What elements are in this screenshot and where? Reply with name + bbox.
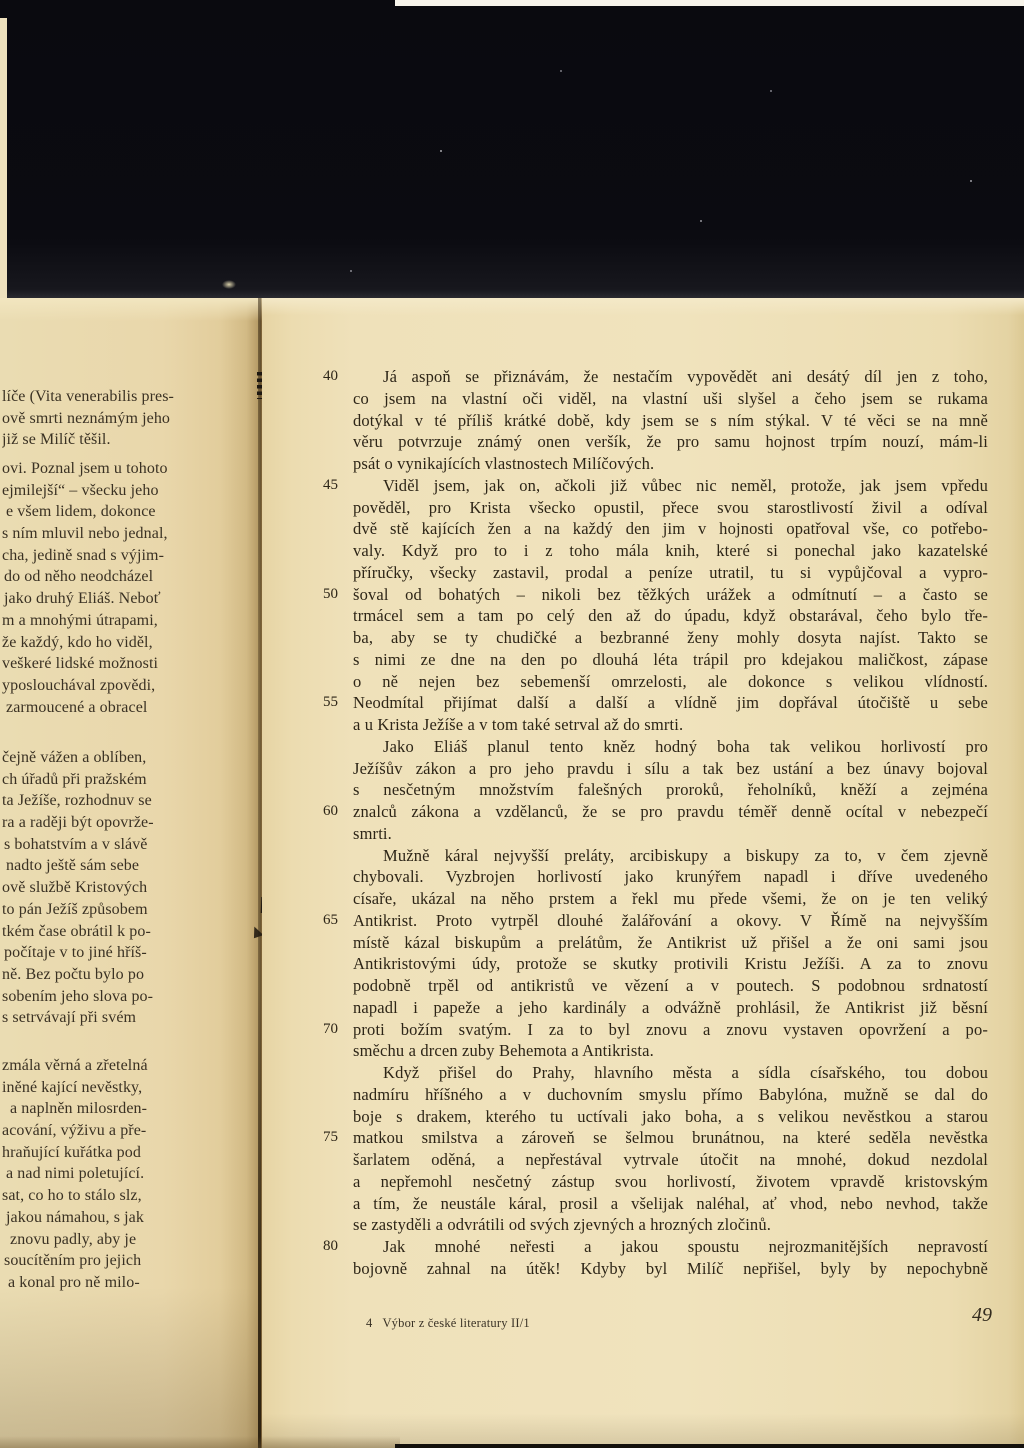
line-text: místě kázal biskupům a prelátům, že Anti… (353, 932, 988, 954)
line-text: psát o vynikajících vlastnostech Milíčov… (353, 453, 988, 475)
text-line: se zastyděli a odvrátili od svých zjevný… (300, 1214, 950, 1236)
text-line: podobně trpěl od antikristů ve vězení a … (300, 975, 950, 997)
line-number: 60 (300, 801, 353, 823)
text-line: sobením jeho slova po- (2, 986, 258, 1008)
text-line: bojovně zahnal na útěk! Kdyby byl Milíč … (300, 1258, 950, 1280)
text-line: veškeré lidské možnosti (2, 653, 258, 675)
text-line: tkém čase obrátil k po- (2, 921, 258, 943)
line-text: chybovali. Vyzbrojen horlivostí jako kru… (353, 866, 988, 888)
text-line: psát o vynikajících vlastnostech Milíčov… (300, 453, 950, 475)
line-text: a nepřemohl nesčetný zástup svou horlivo… (353, 1171, 988, 1193)
text-line: acování, výživu a pře- (2, 1120, 258, 1142)
light-flare (222, 280, 236, 289)
line-number (300, 671, 353, 693)
left-column-paragraph: líče (Vita venerabilis pres-ově smrti ne… (2, 386, 258, 451)
left-column-paragraph: ovi. Poznal jsem u tohotoejmilejší“ – vš… (2, 458, 258, 718)
text-line: sat, co ho to stálo slz, (2, 1185, 258, 1207)
line-number (300, 932, 353, 954)
line-text: ba, aby se ty chudičké a bezbranné ženy … (353, 627, 988, 649)
text-line: ově službě Kristových (2, 877, 258, 899)
line-number: 50 (300, 584, 353, 606)
text-line: Jako Eliáš planul tento kněz hodný boha … (300, 736, 950, 758)
text-line: a u Krista Ježíše a v tom také setrval a… (300, 714, 950, 736)
line-number (300, 779, 353, 801)
line-text: příručky, všecky zastavil, prodal a pení… (353, 562, 988, 584)
line-number (300, 1258, 353, 1280)
line-text: bojovně zahnal na útěk! Kdyby byl Milíč … (353, 1258, 988, 1280)
line-number (300, 562, 353, 584)
text-line: smrti. (300, 823, 950, 845)
line-text: Jak mnohé neřesti a jakou spoustu nejroz… (353, 1236, 988, 1258)
text-line: znovu padly, aby je (2, 1229, 258, 1251)
line-text: smrti. (353, 823, 988, 845)
text-line: 60znalců zákona a vzdělanců, že se pro p… (300, 801, 950, 823)
text-line: hraňující kuřátka pod (2, 1142, 258, 1164)
line-text: proti božím svatým. I za to byl znovu a … (353, 1019, 988, 1041)
line-text: o ně nejen bez sebemenší omrzelosti, ale… (353, 671, 988, 693)
text-line: ně. Bez počtu bylo po (2, 964, 258, 986)
line-number: 75 (300, 1127, 353, 1149)
text-line: a konal pro ně milo- (2, 1272, 258, 1294)
text-line: ba, aby se ty chudičké a bezbranné ženy … (300, 627, 950, 649)
text-line: s ním mluvil nebo jednal, (2, 523, 258, 545)
line-number (300, 431, 353, 453)
line-number (300, 497, 353, 519)
line-text: Ježíšův zákon a pro jeho pravdu i sílu a… (353, 758, 988, 780)
line-number (300, 1193, 353, 1215)
book-scan: líče (Vita venerabilis pres-ově smrti ne… (0, 0, 1024, 1448)
line-text: napadl i papeže a jeho kardinály a odváž… (353, 997, 988, 1019)
text-line: 75matkou smilstva a zároveň se šelmou br… (300, 1127, 950, 1149)
line-text: Když přišel do Prahy, hlavního města a s… (353, 1062, 988, 1084)
text-line: Mužně káral nejvyšší preláty, arcibiskup… (300, 845, 950, 867)
text-line: s setrvávají při svém (2, 1007, 258, 1029)
line-text: směchu a drcen zuby Behemota a Antikrist… (353, 1040, 988, 1062)
dust-specks (440, 150, 442, 152)
line-text: císaře, ukázal na něho prstem a řekl mu … (353, 888, 988, 910)
line-number (300, 605, 353, 627)
text-line: o ně nejen bez sebemenší omrzelosti, ale… (300, 671, 950, 693)
text-line: nadto ještě sám sebe (2, 855, 258, 877)
text-line: 45Viděl jsem, jak on, ačkoli již vůbec n… (300, 475, 950, 497)
line-text: matkou smilstva a zároveň se šelmou brun… (353, 1127, 988, 1149)
text-line: valy. Když pro to i z toho mála knih, kt… (300, 540, 950, 562)
line-number (300, 1062, 353, 1084)
text-line: 55Neodmítal přijímat další a další a vlí… (300, 692, 950, 714)
line-number (300, 888, 353, 910)
text-line: co jsem na vlastní oči viděl, na vlastní… (300, 388, 950, 410)
line-text: věru potvrzuje známý onen veršík, že pro… (353, 431, 988, 453)
text-line: čejně vážen a oblíben, (2, 747, 258, 769)
text-line: a nad nimi poletující. (2, 1163, 258, 1185)
line-text: podobně trpěl od antikristů ve vězení a … (353, 975, 988, 997)
text-line: ejmilejší“ – všecku jeho (2, 480, 258, 502)
text-line: jako druhý Eliáš. Neboť (2, 588, 258, 610)
line-text: Antikrist. Proto vytrpěl dlouhé žalářová… (353, 910, 988, 932)
right-page: 40Já aspoň se přiznávám, že nestačím vyp… (262, 298, 1024, 1448)
line-text: a tím, že neustále káral, prosil a všeli… (353, 1193, 988, 1215)
text-line: boje s drakem, kterého tu uctívali jako … (300, 1106, 950, 1128)
line-number (300, 866, 353, 888)
line-text: šarlatem oděná, a nepřestával vytrvale ú… (353, 1149, 988, 1171)
line-number (300, 845, 353, 867)
line-number (300, 975, 353, 997)
text-line: napadl i papeže a jeho kardinály a odváž… (300, 997, 950, 1019)
scan-bottom-shadow (0, 1436, 400, 1448)
line-number (300, 410, 353, 432)
left-page: líče (Vita venerabilis pres-ově smrti ne… (0, 298, 262, 1448)
text-line: jakou námahou, s jak (2, 1207, 258, 1229)
text-line: 40Já aspoň se přiznávám, že nestačím vyp… (300, 366, 950, 388)
text-line: šarlatem oděná, a nepřestával vytrvale ú… (300, 1149, 950, 1171)
line-number (300, 1040, 353, 1062)
text-line: dotýkal v té příliš krátké době, kdy jse… (300, 410, 950, 432)
text-line: ra a raději být opovrže- (2, 812, 258, 834)
text-line: a naplněn milosrden- (2, 1098, 258, 1120)
text-line: m a mnohými útrapami, (2, 610, 258, 632)
text-line: s nesčetným množstvím falešných proroků,… (300, 779, 950, 801)
text-line: ovi. Poznal jsem u tohoto (2, 458, 258, 480)
line-text: a u Krista Ježíše a v tom také setrval a… (353, 714, 988, 736)
page-number: 49 (922, 1304, 992, 1327)
line-text: nadmíru hříšného a v duchovním smyslu př… (353, 1084, 988, 1106)
line-text: Já aspoň se přiznávám, že nestačím vypov… (353, 366, 988, 388)
text-line: císaře, ukázal na něho prstem a řekl mu … (300, 888, 950, 910)
line-text: dotýkal v té příliš krátké době, kdy jse… (353, 410, 988, 432)
line-number (300, 997, 353, 1019)
text-line: že každý, kdo ho viděl, (2, 632, 258, 654)
text-line: ově smrti neznámým jeho (2, 408, 258, 430)
text-line: a nepřemohl nesčetný zástup svou horlivo… (300, 1171, 950, 1193)
body-text: 40Já aspoň se přiznávám, že nestačím vyp… (300, 366, 950, 1280)
text-line: a tím, že neustále káral, prosil a všeli… (300, 1193, 950, 1215)
text-line: Antikristovými údy, protože se skutky pr… (300, 953, 950, 975)
line-text: Neodmítal přijímat další a další a vlídn… (353, 692, 988, 714)
line-number: 55 (300, 692, 353, 714)
text-line: ch úřadů při pražském (2, 769, 258, 791)
line-number: 80 (300, 1236, 353, 1258)
line-text: valy. Když pro to i z toho mála knih, kt… (353, 540, 988, 562)
scan-dark-background (0, 0, 1024, 298)
text-line: to pán Ježíš způsobem (2, 899, 258, 921)
line-number: 40 (300, 366, 353, 388)
line-text: Mužně káral nejvyšší preláty, arcibiskup… (353, 845, 988, 867)
line-number (300, 453, 353, 475)
text-line: trmácel sem a tam po celý den až do úpad… (300, 605, 950, 627)
line-number (300, 627, 353, 649)
line-number (300, 540, 353, 562)
line-number (300, 1106, 353, 1128)
text-line: směchu a drcen zuby Behemota a Antikrist… (300, 1040, 950, 1062)
line-text: se zastyděli a odvrátili od svých zjevný… (353, 1214, 988, 1236)
scan-left-edge (0, 18, 7, 298)
text-line: yposlouchával zpovědi, (2, 675, 258, 697)
line-number: 70 (300, 1019, 353, 1041)
line-text: Antikristovými údy, protože se skutky pr… (353, 953, 988, 975)
line-text: s nimi ze dne na den po dlouhá léta tráp… (353, 649, 988, 671)
line-text: Viděl jsem, jak on, ačkoli již vůbec nic… (353, 475, 988, 497)
text-line: 80Jak mnohé neřesti a jakou spoustu nejr… (300, 1236, 950, 1258)
line-number (300, 388, 353, 410)
line-number (300, 649, 353, 671)
text-line: 70proti božím svatým. I za to byl znovu … (300, 1019, 950, 1041)
line-text: s nesčetným množstvím falešných proroků,… (353, 779, 988, 801)
line-text: co jsem na vlastní oči viděl, na vlastní… (353, 388, 988, 410)
text-line: dvě stě kajících žen a na každý den jim … (300, 518, 950, 540)
text-line: líče (Vita venerabilis pres- (2, 386, 258, 408)
text-line: již se Milíč těšil. (2, 429, 258, 451)
line-number (300, 1084, 353, 1106)
text-line: zmála věrná a zřetelná (2, 1055, 258, 1077)
line-number (300, 823, 353, 845)
scan-bottom-edge (395, 1444, 1024, 1448)
line-number: 65 (300, 910, 353, 932)
line-text: šoval od bohatých – nikoli bez těžkých u… (353, 584, 988, 606)
scan-top-edge (395, 0, 1024, 6)
line-number (300, 1214, 353, 1236)
text-line: e všem lidem, dokonce (2, 501, 258, 523)
gutter-crease (258, 298, 261, 1448)
text-line: počítaje v to jiné hříš- (2, 942, 258, 964)
text-line: ta Ježíše, rozhodnuv se (2, 790, 258, 812)
line-text: trmácel sem a tam po celý den až do úpad… (353, 605, 988, 627)
line-text: dvě stě kajících žen a na každý den jim … (353, 518, 988, 540)
line-number (300, 758, 353, 780)
line-number (300, 518, 353, 540)
line-number: 45 (300, 475, 353, 497)
text-line: 50šoval od bohatých – nikoli bez těžkých… (300, 584, 950, 606)
left-column-paragraph: zmála věrná a zřetelnáiněné kající nevěs… (2, 1055, 258, 1294)
series-title: Výbor z české literatury II/1 (382, 1316, 529, 1330)
text-line: s bohatstvím a v slávě (2, 834, 258, 856)
text-line: pověděl, pro Krista všecko opustil, přec… (300, 497, 950, 519)
sheet-signature: 4 (366, 1316, 372, 1330)
line-number (300, 714, 353, 736)
running-footer: 4Výbor z české literatury II/1 (366, 1316, 530, 1331)
text-line: věru potvrzuje známý onen veršík, že pro… (300, 431, 950, 453)
text-line: s nimi ze dne na den po dlouhá léta tráp… (300, 649, 950, 671)
left-column-paragraph: čejně vážen a oblíben,ch úřadů při pražs… (2, 747, 258, 1029)
text-line: nadmíru hříšného a v duchovním smyslu př… (300, 1084, 950, 1106)
text-line: příručky, všecky zastavil, prodal a pení… (300, 562, 950, 584)
line-number (300, 1149, 353, 1171)
text-line: Když přišel do Prahy, hlavního města a s… (300, 1062, 950, 1084)
text-line: do od něho neodcházel (2, 566, 258, 588)
text-line: Ježíšův zákon a pro jeho pravdu i sílu a… (300, 758, 950, 780)
line-number (300, 953, 353, 975)
line-number (300, 736, 353, 758)
text-line: chybovali. Vyzbrojen horlivostí jako kru… (300, 866, 950, 888)
line-text: boje s drakem, kterého tu uctívali jako … (353, 1106, 988, 1128)
line-text: Jako Eliáš planul tento kněz hodný boha … (353, 736, 988, 758)
text-line: 65Antikrist. Proto vytrpěl dlouhé žalářo… (300, 910, 950, 932)
text-line: místě kázal biskupům a prelátům, že Anti… (300, 932, 950, 954)
text-line: iněné kající nevěstky, (2, 1077, 258, 1099)
text-line: zarmoucené a obracel (2, 697, 258, 719)
line-text: znalců zákona a vzdělanců, že se pro pra… (353, 801, 988, 823)
line-text: pověděl, pro Krista všecko opustil, přec… (353, 497, 988, 519)
line-number (300, 1171, 353, 1193)
text-line: soucítěním pro jejich (2, 1250, 258, 1272)
text-line: cha, jedině snad s výjim- (2, 545, 258, 567)
